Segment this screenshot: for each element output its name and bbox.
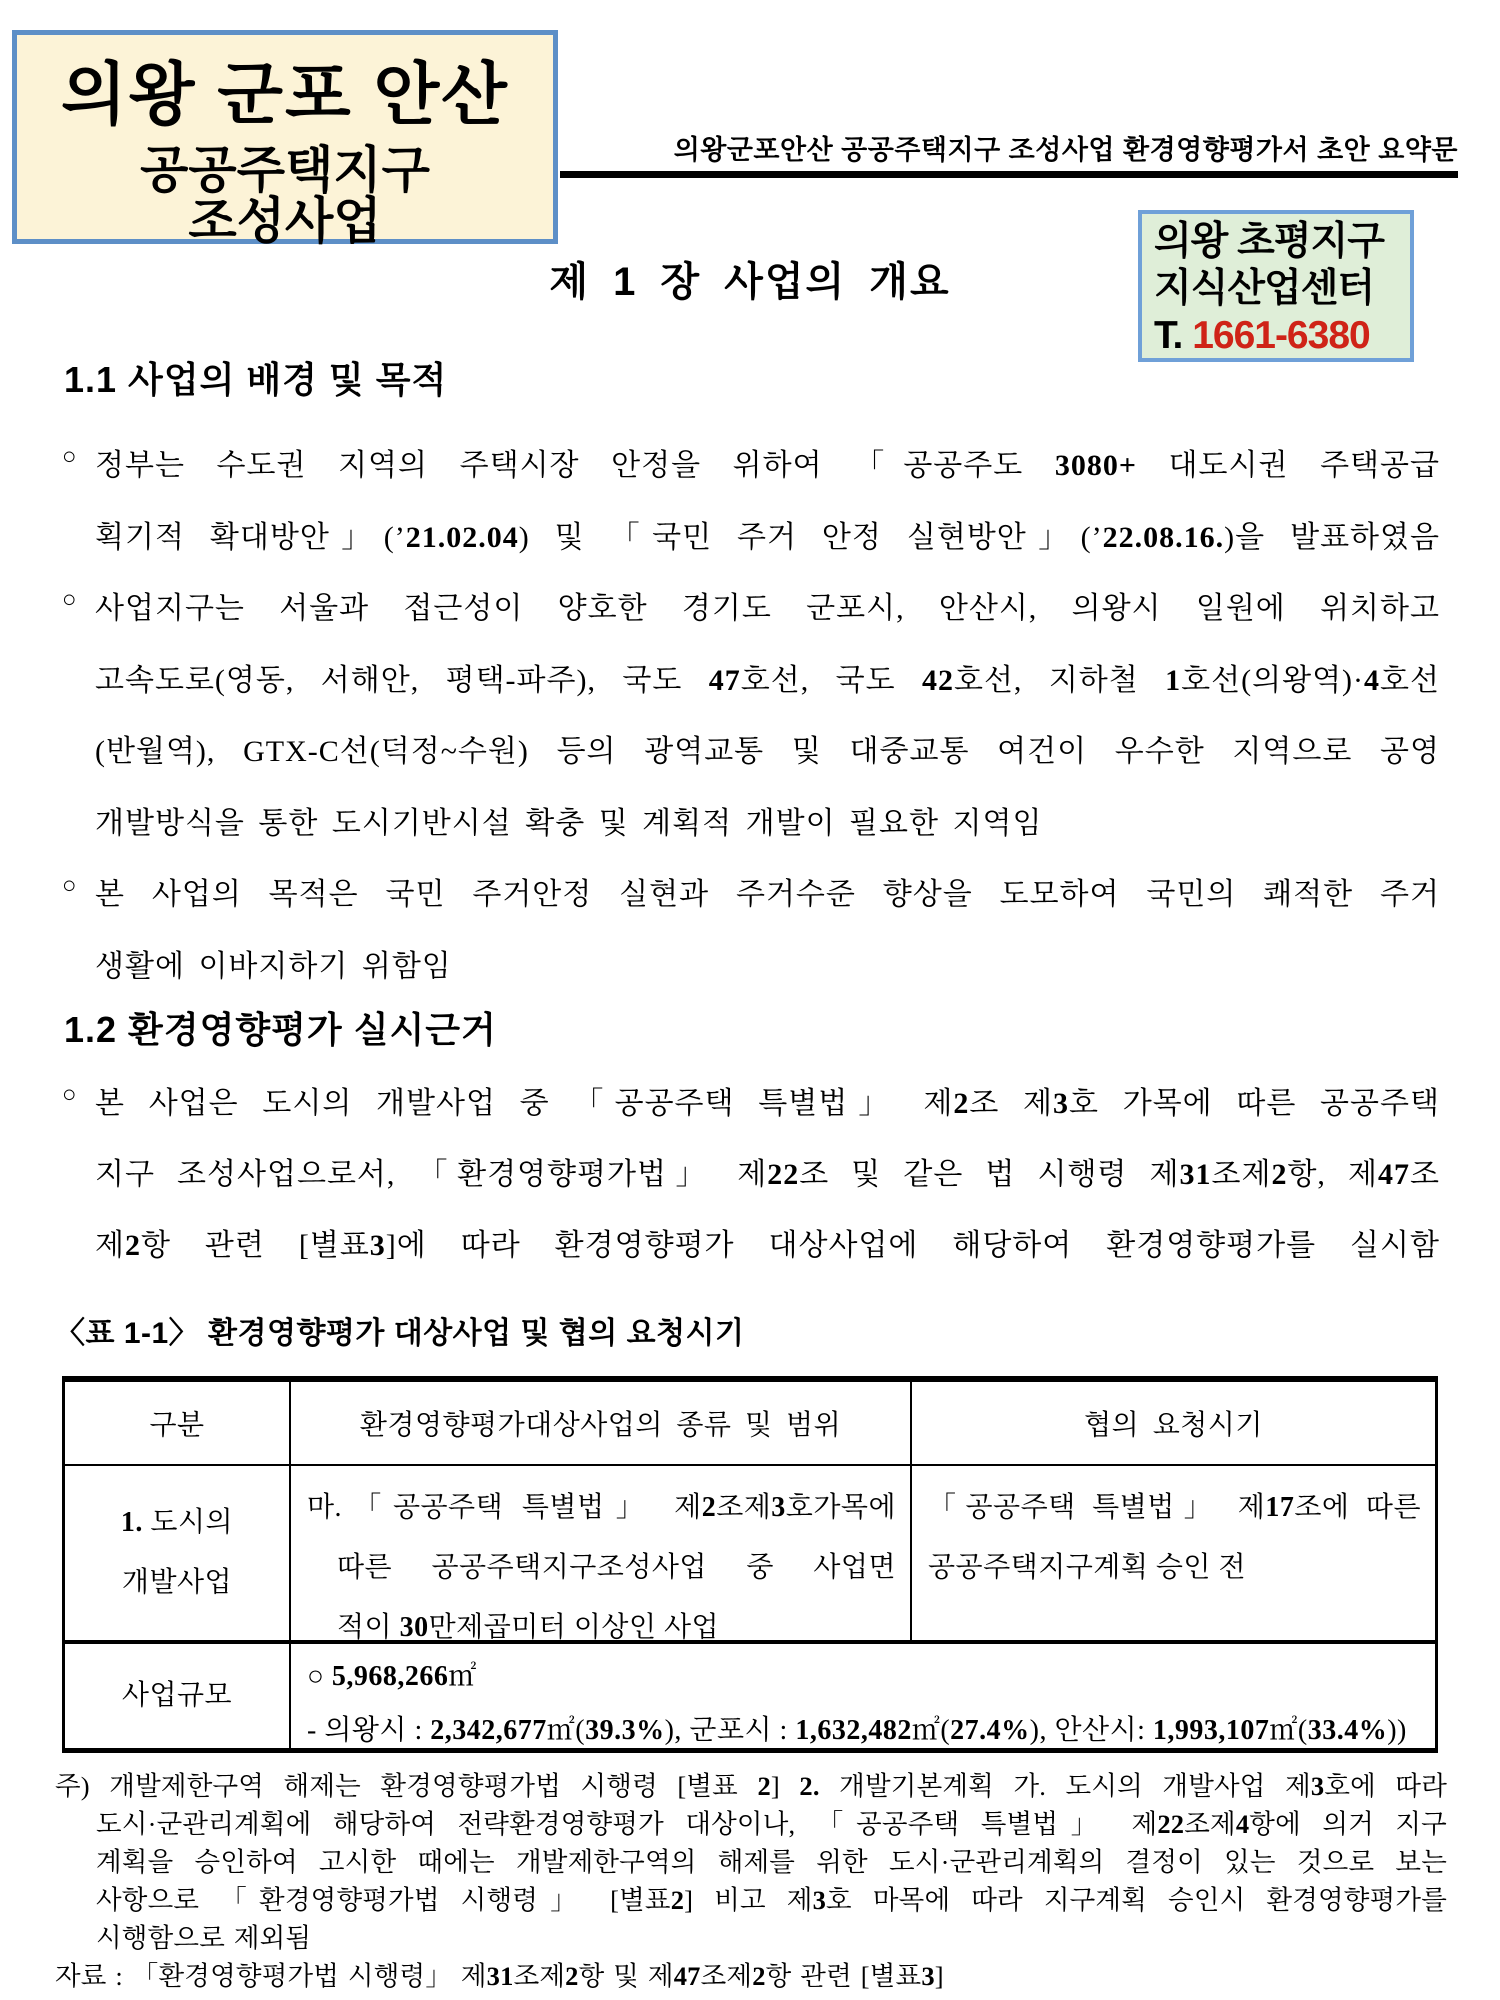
body-text: 고속도로(영동, 서해안, 평택-파주), 국도 47호선, 국도 42호선, … [95, 664, 1440, 697]
section-heading-1-2: 1.2 환경영향평가 실시근거 [64, 1002, 497, 1053]
body-text: 개발방식을 통한 도시기반시설 확충 및 계획적 개발이 필요한 지역임 [95, 807, 1042, 840]
project-title-line2: 공공주택지구 [17, 145, 553, 195]
table-cell-scale-value: ○ 5,968,266㎡ - 의왕시 : 2,342,677㎡(39.3%), … [291, 1644, 1435, 1748]
document-page: 의왕 군포 안산 공공주택지구 조성사업 의왕군포안산 공공주택지구 조성사업 … [0, 0, 1500, 2000]
table-cell-category: 1. 도시의 개발사업 [65, 1466, 291, 1644]
body-line: 고속도로(영동, 서해안, 평택-파주), 국도 47호선, 국도 42호선, … [95, 655, 1440, 699]
footnote-line: 도시·군관리계획에 해당하여 전략환경영향평가 대상이나, 「공공주택 특별법」… [96, 1802, 1447, 1841]
ad-phone-number: 1661-6380 [1192, 314, 1370, 357]
bullet-icon: ○ [62, 443, 78, 471]
cell-line: ○ 5,968,266㎡ [307, 1650, 1421, 1704]
project-title-line1: 의왕 군포 안산 [17, 45, 553, 145]
footnote-line: 시행함으로 제외됨 [96, 1916, 1447, 1955]
body-text: 획기적 확대방안」(’21.02.04) 및 「국민 주거 안정 실현방안」(’… [95, 521, 1440, 554]
cell-line: 1. 도시의 [121, 1493, 233, 1553]
cell-line: 공공주택지구계획 승인 전 [928, 1538, 1421, 1598]
project-title-line3: 조성사업 [17, 195, 553, 247]
body-line: (반월역), GTX-C선(덕정~수원) 등의 광역교통 및 대중교통 여건이 … [95, 726, 1440, 770]
body-text: 생활에 이바지하기 위함임 [95, 950, 452, 983]
body-line: 지구 조성사업으로서, 「환경영향평가법」 제22조 및 같은 법 시행령 제3… [95, 1149, 1440, 1193]
table-header-timing: 협의 요청시기 [912, 1382, 1435, 1466]
body-line: ○사업지구는 서울과 접근성이 양호한 경기도 군포시, 안산시, 의왕시 일원… [95, 583, 1440, 627]
body-line: ○본 사업의 목적은 국민 주거안정 실현과 주거수준 향상을 도모하여 국민의… [95, 869, 1440, 913]
cell-line: 「공공주택 특별법」 제17조에 따른 [928, 1478, 1421, 1538]
body-text: 본 사업의 목적은 국민 주거안정 실현과 주거수준 향상을 도모하여 국민의 … [95, 878, 1440, 911]
ad-banner-phone: T. 1661-6380 [1154, 312, 1410, 359]
header-underline [560, 171, 1458, 178]
table-header-row: 구분 환경영향평가대상사업의 종류 및 범위 협의 요청시기 [65, 1382, 1435, 1466]
body-line: 생활에 이바지하기 위함임 [95, 941, 1440, 985]
bullet-icon: ○ [62, 1081, 78, 1109]
body-text: 정부는 수도권 지역의 주택시장 안정을 위하여 「공공주도 3080+ 대도시… [95, 449, 1440, 482]
cell-line: 따른 공공주택지구조성사업 중 사업면 [307, 1538, 896, 1598]
bullet-icon: ○ [62, 586, 78, 614]
table-cell-timing: 「공공주택 특별법」 제17조에 따른 공공주택지구계획 승인 전 [912, 1466, 1435, 1644]
section-heading-1-1: 1.1 사업의 배경 및 목적 [64, 352, 447, 403]
project-title-box: 의왕 군포 안산 공공주택지구 조성사업 [12, 30, 558, 244]
body-line: ○정부는 수도권 지역의 주택시장 안정을 위하여 「공공주도 3080+ 대도… [95, 440, 1440, 484]
body-text: 사업지구는 서울과 접근성이 양호한 경기도 군포시, 안산시, 의왕시 일원에… [95, 592, 1440, 625]
body-text: 본 사업은 도시의 개발사업 중 「공공주택 특별법」 제2조 제3호 가목에 … [95, 1087, 1440, 1120]
table-cell-scope: 마.「공공주택 특별법」 제2조제3호가목에 따른 공공주택지구조성사업 중 사… [291, 1466, 912, 1644]
cell-line: 마.「공공주택 특별법」 제2조제3호가목에 [307, 1478, 896, 1538]
document-header: 의왕군포안산 공공주택지구 조성사업 환경영향평가서 초안 요약문 [560, 134, 1458, 178]
footnote-line: 사항으로 「환경영향평가법 시행령」 [별표2] 비고 제3호 마목에 따라 지… [96, 1878, 1447, 1917]
chapter-title: 제 1 장 사업의 개요 [0, 250, 1500, 307]
table-caption: 〈표 1-1〉 환경영향평가 대상사업 및 협의 요청시기 [55, 1308, 745, 1352]
bullet-icon: ○ [62, 872, 78, 900]
cell-line: - 의왕시 : 2,342,677㎡(39.3%), 군포시 : 1,632,4… [307, 1704, 1421, 1758]
footnote-source-line: 자료 : 「환경영향평가법 시행령」 제31조제2항 및 제47조제2항 관련 … [55, 1954, 1447, 1993]
body-text: 제2항 관련 [별표3]에 따라 환경영향평가 대상사업에 해당하여 환경영향평… [95, 1229, 1440, 1262]
body-line: ○본 사업은 도시의 개발사업 중 「공공주택 특별법」 제2조 제3호 가목에… [95, 1078, 1440, 1122]
footnote-line: 주) 개발제한구역 해제는 환경영향평가법 시행령 [별표 2] 2. 개발기본… [55, 1764, 1447, 1803]
assessment-table: 구분 환경영향평가대상사업의 종류 및 범위 협의 요청시기 1. 도시의 개발… [62, 1376, 1438, 1753]
cell-line: 개발사업 [122, 1553, 232, 1613]
ad-phone-prefix: T. [1154, 314, 1182, 357]
body-text: 지구 조성사업으로서, 「환경영향평가법」 제22조 및 같은 법 시행령 제3… [95, 1158, 1440, 1191]
table-header-scope: 환경영향평가대상사업의 종류 및 범위 [291, 1382, 912, 1466]
body-line: 획기적 확대방안」(’21.02.04) 및 「국민 주거 안정 실현방안」(’… [95, 512, 1440, 556]
body-line: 제2항 관련 [별표3]에 따라 환경영향평가 대상사업에 해당하여 환경영향평… [95, 1220, 1440, 1264]
body-text: (반월역), GTX-C선(덕정~수원) 등의 광역교통 및 대중교통 여건이 … [95, 735, 1440, 768]
table-row-development: 1. 도시의 개발사업 마.「공공주택 특별법」 제2조제3호가목에 따른 공공… [65, 1466, 1435, 1644]
body-line: 개발방식을 통한 도시기반시설 확충 및 계획적 개발이 필요한 지역임 [95, 798, 1440, 842]
table-header-category: 구분 [65, 1382, 291, 1466]
footnote-line: 계획을 승인하여 고시한 때에는 개발제한구역의 해제를 위한 도시·군관리계획… [96, 1840, 1447, 1879]
table-row-project-scale: 사업규모 ○ 5,968,266㎡ - 의왕시 : 2,342,677㎡(39.… [65, 1644, 1435, 1748]
document-header-title: 의왕군포안산 공공주택지구 조성사업 환경영향평가서 초안 요약문 [560, 134, 1458, 166]
table-cell-scale-label: 사업규모 [65, 1644, 291, 1748]
